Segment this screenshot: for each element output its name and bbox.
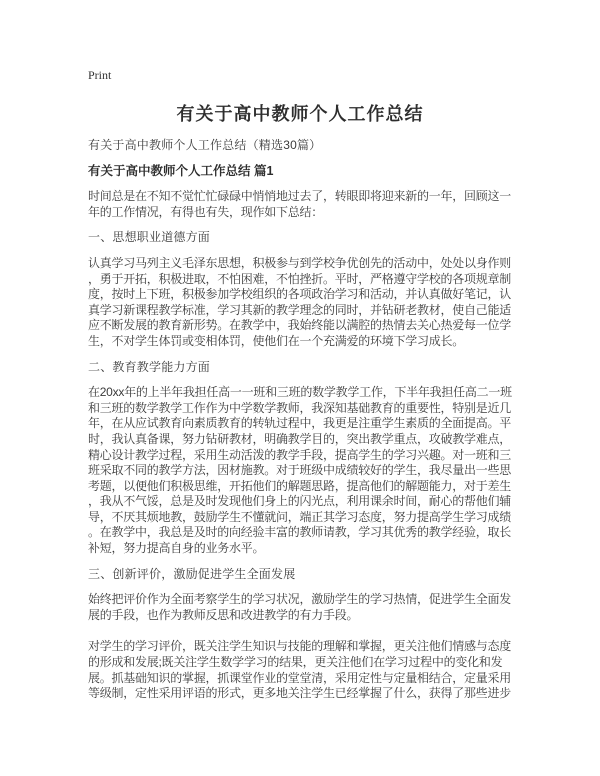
section-heading-1: 一、思想职业道德方面: [88, 230, 512, 246]
document-content: Print 有关于高中教师个人工作总结 有关于高中教师个人工作总结（精选30篇）…: [0, 0, 600, 702]
document-page: Print 有关于高中教师个人工作总结 有关于高中教师个人工作总结（精选30篇）…: [0, 0, 600, 776]
paragraph-section-2: 在20xx年的上半年我担任高一一班和三班的数学教学工作，下半年我担任高二一班和三…: [88, 385, 512, 557]
print-link[interactable]: Print: [88, 68, 111, 82]
section-heading-3: 三、创新评价，激励促进学生全面发展: [88, 567, 512, 583]
paragraph-intro: 时间总是在不知不觉忙忙碌碌中悄悄地过去了，转眼即将迎来新的一年，回顾这一年的工作…: [88, 189, 512, 220]
page-title: 有关于高中教师个人工作总结: [88, 103, 512, 125]
paragraph-section-1: 认真学习马列主义毛泽东思想，积极参与到学校争优创先的活动中，处处以身作则，勇于开…: [88, 256, 512, 350]
page-subtitle: 有关于高中教师个人工作总结（精选30篇）: [88, 138, 512, 154]
section-heading-2: 二、教育教学能力方面: [88, 360, 512, 376]
paragraph-section-3a: 始终把评价作为全面考察学生的学习状况，激励学生的学习热情，促进学生全面发展的手段…: [88, 592, 512, 623]
article-heading: 有关于高中教师个人工作总结 篇1: [88, 164, 512, 180]
paragraph-section-3b: 对学生的学习评价，既关注学生知识与技能的理解和掌握，更关注他们情感与态度的形成和…: [88, 639, 512, 701]
